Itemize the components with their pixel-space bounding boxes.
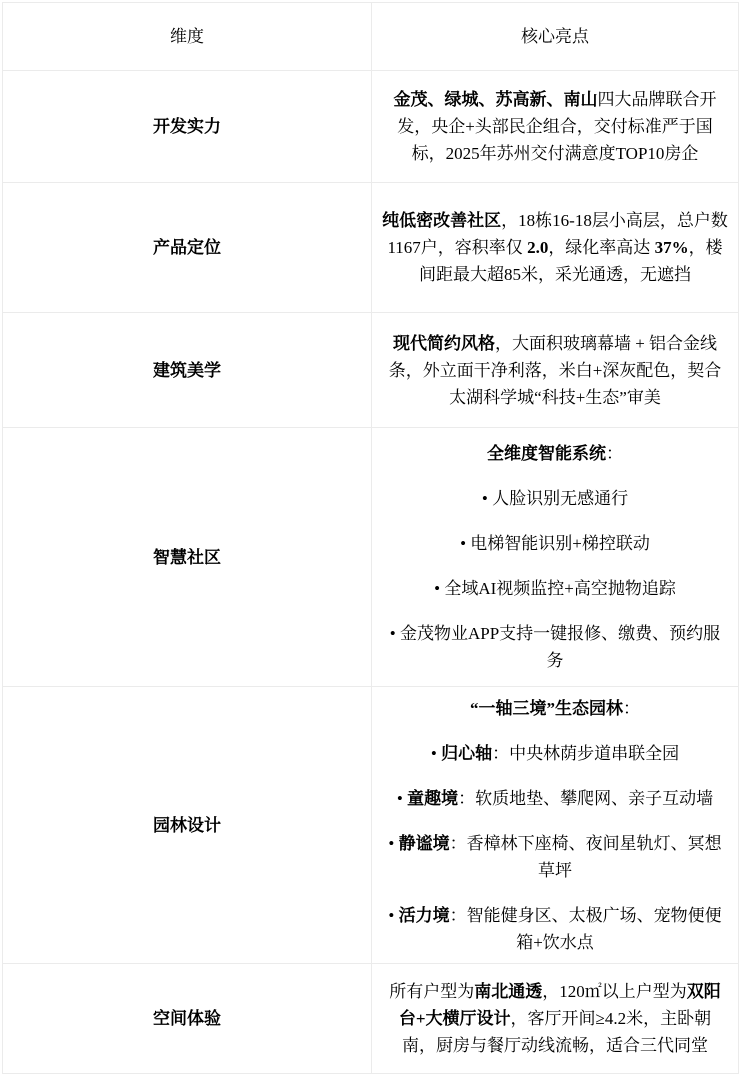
dimension-label: 建筑美学 — [153, 361, 221, 380]
highlight-text-bold: 纯低密改善社区 — [382, 211, 501, 230]
bullet-item: • 童趣境：软质地垫、攀爬网、亲子互动墙 — [382, 785, 728, 812]
bullet-icon: • — [390, 624, 400, 643]
highlight-text-bold: 活力境 — [399, 906, 450, 925]
highlight-text: ： — [623, 699, 640, 718]
table-row: 空间体验所有户型为南北通透，120㎡以上户型为双阳台+大横厅设计，客厅开间≥4.… — [3, 964, 739, 1074]
highlights-cell: “一轴三境”生态园林：• 归心轴：中央林荫步道串联全园• 童趣境：软质地垫、攀爬… — [372, 687, 739, 964]
highlight-text: 全域AI视频监控+高空抛物追踪 — [444, 579, 676, 598]
table-row: 园林设计“一轴三境”生态园林：• 归心轴：中央林荫步道串联全园• 童趣境：软质地… — [3, 687, 739, 964]
highlights-cell: 纯低密改善社区，18栋16-18层小高层，总户数1167户，容积率仅 2.0，绿… — [372, 183, 739, 313]
highlight-paragraph: 纯低密改善社区，18栋16-18层小高层，总户数1167户，容积率仅 2.0，绿… — [382, 207, 728, 288]
dimension-label: 空间体验 — [153, 1009, 221, 1028]
table-body: 开发实力金茂、绿城、苏高新、南山四大品牌联合开发，央企+头部民企组合，交付标准严… — [3, 71, 739, 1074]
column-header-highlights: 核心亮点 — [372, 3, 739, 71]
highlight-paragraph: 现代简约风格，大面积玻璃幕墙 + 铝合金线条，外立面干净利落，米白+深灰配色，契… — [382, 330, 728, 411]
dimension-cell: 园林设计 — [3, 687, 372, 964]
bullet-icon: • — [397, 789, 407, 808]
bullet-icon: • — [460, 534, 470, 553]
bullet-icon: • — [431, 744, 441, 763]
highlight-text-bold: 南北通透 — [474, 982, 542, 1001]
highlights-cell: 所有户型为南北通透，120㎡以上户型为双阳台+大横厅设计，客厅开间≥4.2米，主… — [372, 964, 739, 1074]
highlight-text: ：香樟林下座椅、夜间星轨灯、冥想草坪 — [450, 834, 722, 880]
highlight-text-bold: 2.0 — [527, 238, 548, 257]
table-header-row: 维度 核心亮点 — [3, 3, 739, 71]
highlight-text: ： — [606, 444, 623, 463]
table-row: 开发实力金茂、绿城、苏高新、南山四大品牌联合开发，央企+头部民企组合，交付标准严… — [3, 71, 739, 183]
highlight-text: ：软质地垫、攀爬网、亲子互动墙 — [458, 789, 713, 808]
highlights-table: 维度 核心亮点 开发实力金茂、绿城、苏高新、南山四大品牌联合开发，央企+头部民企… — [2, 2, 739, 1074]
dimension-label: 开发实力 — [153, 117, 221, 136]
highlight-text: 人脸识别无感通行 — [492, 489, 628, 508]
highlights-cell: 全维度智能系统：• 人脸识别无感通行• 电梯智能识别+梯控联动• 全域AI视频监… — [372, 428, 739, 687]
table-row: 建筑美学现代简约风格，大面积玻璃幕墙 + 铝合金线条，外立面干净利落，米白+深灰… — [3, 313, 739, 428]
dimension-cell: 空间体验 — [3, 964, 372, 1074]
highlight-text-bold: 童趣境 — [407, 789, 458, 808]
bullet-icon: • — [388, 906, 398, 925]
bullet-item: • 人脸识别无感通行 — [382, 485, 728, 512]
column-header-dimension: 维度 — [3, 3, 372, 71]
table-row: 产品定位纯低密改善社区，18栋16-18层小高层，总户数1167户，容积率仅 2… — [3, 183, 739, 313]
highlight-text: ：中央林荫步道串联全园 — [492, 744, 679, 763]
bullet-item: • 活力境：智能健身区、太极广场、宠物便便箱+饮水点 — [382, 902, 728, 956]
highlight-text: 金茂物业APP支持一键报修、缴费、预约服务 — [400, 624, 720, 670]
highlight-text: 电梯智能识别+梯控联动 — [470, 534, 650, 553]
highlight-text: 所有户型为 — [389, 982, 474, 1001]
bullet-item: • 电梯智能识别+梯控联动 — [382, 530, 728, 557]
highlights-cell: 金茂、绿城、苏高新、南山四大品牌联合开发，央企+头部民企组合，交付标准严于国标，… — [372, 71, 739, 183]
page: 维度 核心亮点 开发实力金茂、绿城、苏高新、南山四大品牌联合开发，央企+头部民企… — [0, 0, 740, 1076]
highlight-text: ：智能健身区、太极广场、宠物便便箱+饮水点 — [450, 906, 722, 952]
dimension-label: 园林设计 — [153, 816, 221, 835]
bullet-item: • 归心轴：中央林荫步道串联全园 — [382, 740, 728, 767]
highlight-text-bold: 金茂、绿城、苏高新、南山 — [394, 90, 598, 109]
dimension-label: 产品定位 — [153, 238, 221, 257]
highlight-paragraph: “一轴三境”生态园林： — [382, 695, 728, 722]
highlight-text-bold: 37% — [655, 238, 689, 257]
bullet-icon: • — [388, 834, 398, 853]
bullet-icon: • — [482, 489, 492, 508]
dimension-cell: 建筑美学 — [3, 313, 372, 428]
dimension-cell: 开发实力 — [3, 71, 372, 183]
highlight-paragraph: 全维度智能系统： — [382, 440, 728, 467]
highlight-text-bold: 现代简约风格 — [393, 334, 495, 353]
highlight-text: ，绿化率高达 — [548, 238, 654, 257]
highlight-text-bold: “一轴三境”生态园林 — [470, 699, 623, 718]
highlight-paragraph: 金茂、绿城、苏高新、南山四大品牌联合开发，央企+头部民企组合，交付标准严于国标，… — [382, 86, 728, 167]
highlights-cell: 现代简约风格，大面积玻璃幕墙 + 铝合金线条，外立面干净利落，米白+深灰配色，契… — [372, 313, 739, 428]
table-row: 智慧社区全维度智能系统：• 人脸识别无感通行• 电梯智能识别+梯控联动• 全域A… — [3, 428, 739, 687]
highlight-text-bold: 静谧境 — [399, 834, 450, 853]
bullet-item: • 全域AI视频监控+高空抛物追踪 — [382, 575, 728, 602]
highlight-text-bold: 归心轴 — [441, 744, 492, 763]
highlight-text-bold: 全维度智能系统 — [487, 444, 606, 463]
bullet-item: • 静谧境：香樟林下座椅、夜间星轨灯、冥想草坪 — [382, 830, 728, 884]
dimension-cell: 产品定位 — [3, 183, 372, 313]
highlight-text: ，120㎡以上户型为 — [542, 982, 687, 1001]
bullet-icon: • — [434, 579, 444, 598]
dimension-cell: 智慧社区 — [3, 428, 372, 687]
highlight-paragraph: 所有户型为南北通透，120㎡以上户型为双阳台+大横厅设计，客厅开间≥4.2米，主… — [382, 978, 728, 1059]
dimension-label: 智慧社区 — [153, 548, 221, 567]
bullet-item: • 金茂物业APP支持一键报修、缴费、预约服务 — [382, 620, 728, 674]
